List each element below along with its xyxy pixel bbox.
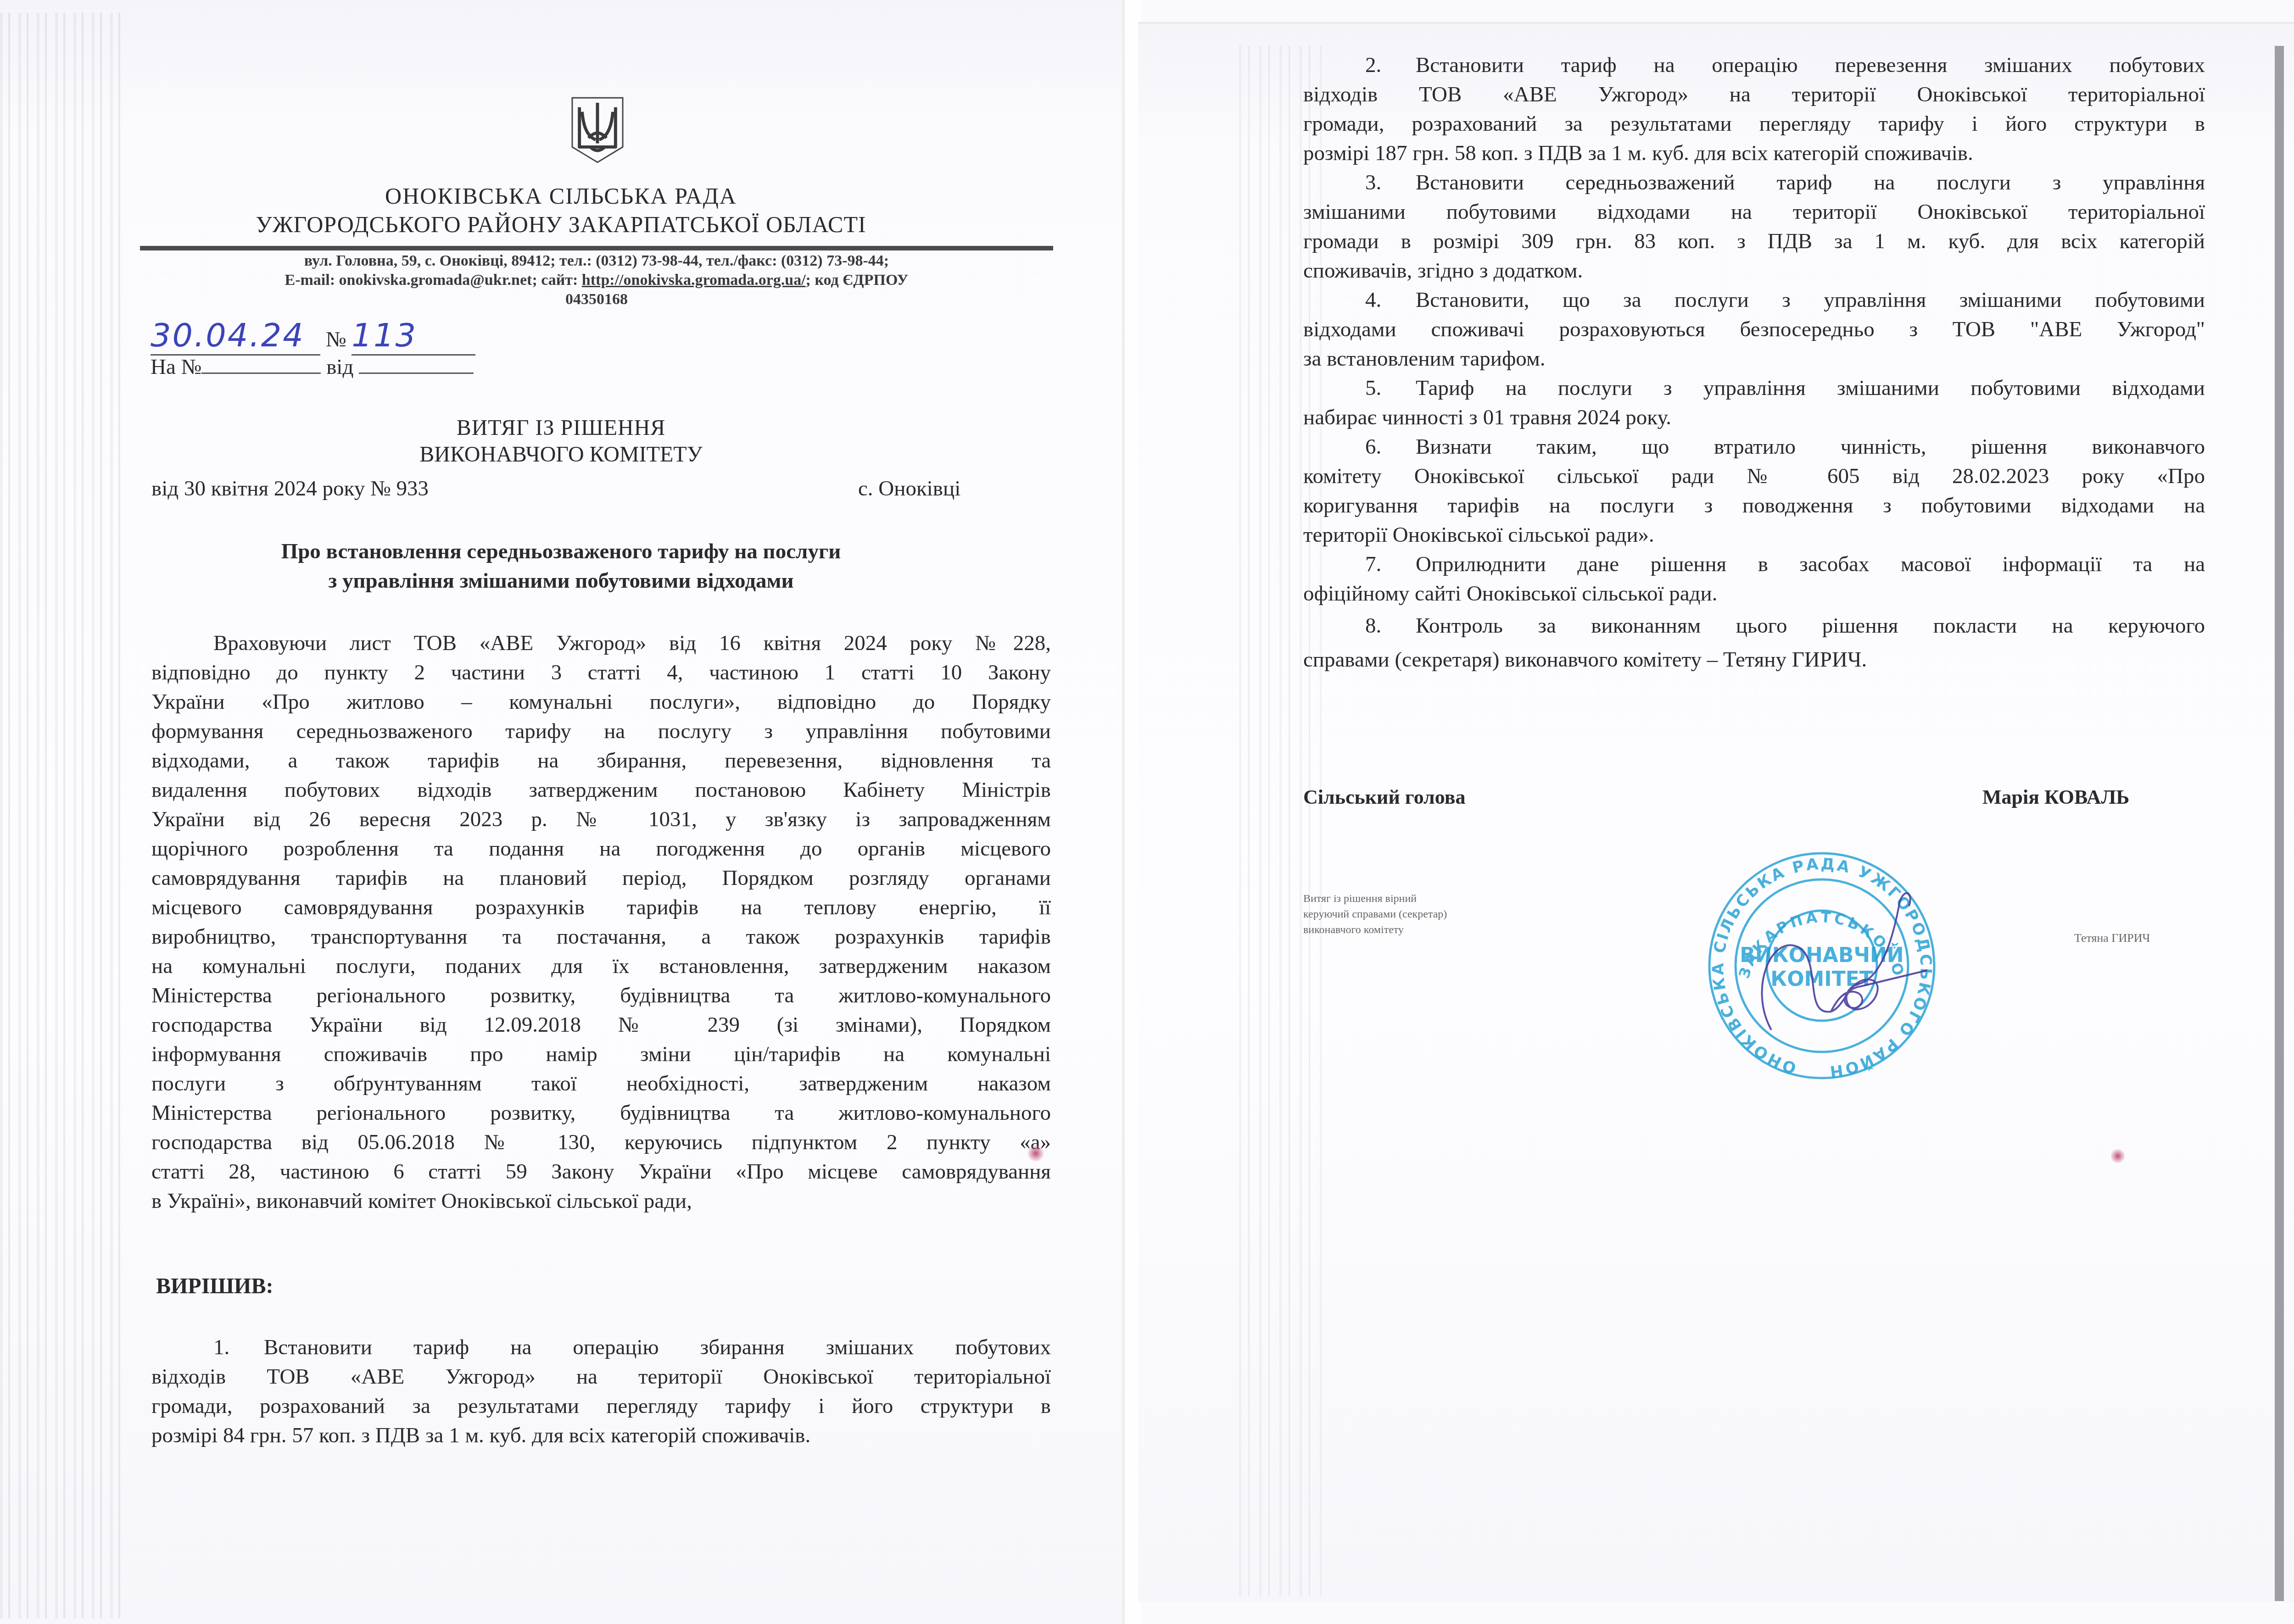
- item-line: розмірі 187 грн. 58 коп. з ПДВ за 1 м. к…: [1303, 139, 2205, 168]
- contact-code: 04350168: [138, 290, 1055, 309]
- preamble-line: місцевого самоврядування розрахунків тар…: [151, 893, 1051, 922]
- item-line: за встановленим тарифом.: [1303, 344, 2205, 373]
- decision-date: від 30 квітня 2024 року № 933: [151, 476, 429, 501]
- item-number: 1.: [213, 1333, 264, 1362]
- preamble-line: виробництво, транспортування та постачан…: [151, 922, 1051, 951]
- decision-item-2: 2.Встановити тариф на операцію перевезен…: [1303, 50, 2205, 168]
- preamble-line: інформування споживачів про намір зміни …: [151, 1040, 1051, 1069]
- item-line: відходів ТОВ «АВЕ Ужгород» на території …: [151, 1362, 1051, 1391]
- decision-items: 2.Встановити тариф на операцію перевезен…: [1303, 50, 2205, 674]
- signatory-name: Марія КОВАЛЬ: [1982, 785, 2129, 809]
- preamble-line: Міністерства регіонального розвитку, буд…: [151, 981, 1051, 1010]
- preamble-line: відповідно до пункту 2 частини 3 статті …: [151, 658, 1051, 687]
- preamble-line: господарства України від 12.09.2018 № 23…: [151, 1010, 1051, 1040]
- item-number: 3.: [1365, 168, 1416, 197]
- ink-stain: [1028, 1146, 1044, 1161]
- contact-address: вул. Головна, 59, с. Онокiвцi, 89412; те…: [138, 251, 1055, 271]
- preamble-line: Міністерства регіонального розвитку, буд…: [151, 1098, 1051, 1128]
- svg-text:ВИКОНАВЧИЙ: ВИКОНАВЧИЙ: [1740, 943, 1903, 967]
- item-line: громади в розмірі 309 грн. 83 коп. з ПДВ…: [1303, 227, 2205, 256]
- handwritten-number: 113: [352, 317, 475, 356]
- item-number: 7.: [1365, 550, 1416, 579]
- item-number: 2.: [1365, 50, 1416, 80]
- number-label: №: [326, 328, 346, 351]
- item-number: 4.: [1365, 285, 1416, 315]
- ref-number-blank: [201, 354, 321, 374]
- item-line: відходами споживачі розраховуються безпо…: [1303, 315, 2205, 344]
- preamble: Враховуючи лист ТОВ «АВЕ Ужгород» від 16…: [151, 628, 1051, 1216]
- certifier-name: Тетяна ГИРИЧ: [2074, 931, 2150, 945]
- item-line: громади, розрахований за результатами пе…: [151, 1391, 1051, 1421]
- item-line: розмірі 84 грн. 57 коп. з ПДВ за 1 м. ку…: [151, 1421, 1051, 1450]
- item-line: офіційному сайті Онокiвської сільської р…: [1303, 579, 2205, 608]
- preamble-line: на комунальні послуги, поданих для їх вс…: [151, 951, 1051, 981]
- left-page: ОНОКІВСЬКА СІЛЬСЬКА РАДА УЖГОРОДСЬКОГО Р…: [0, 0, 1122, 1624]
- scan-shadow: [0, 13, 124, 1618]
- decision-place: с. Онокiвцi: [858, 476, 960, 501]
- decision-item-8: 8.Контроль за виконанням цього рішення п…: [1303, 611, 2205, 674]
- item-line: відходів ТОВ «АВЕ Ужгород» на території …: [1303, 80, 2205, 109]
- org-region: УЖГОРОДСЬКОГО РАЙОНУ ЗАКАРПАТСЬКОЇ ОБЛАС…: [0, 211, 1122, 238]
- decision-item-4: 4.Встановити, що за послуги з управління…: [1303, 285, 2205, 373]
- item-line: змішаними побутовими відходами на терито…: [1303, 197, 2205, 227]
- preamble-line: формування середньозваженого тарифу на п…: [151, 717, 1051, 746]
- website-link[interactable]: http://onokivska.gromada.org.ua/: [582, 272, 806, 289]
- item-line: громади, розрахований за результатами пе…: [1303, 109, 2205, 139]
- ukraine-trident-icon: [570, 96, 625, 164]
- preamble-line: відходами, а також тарифів на збирання, …: [151, 746, 1051, 775]
- ref-number-label: На №: [151, 355, 201, 379]
- preamble-line: України «Про житлово – комунальні послуг…: [151, 687, 1051, 717]
- item-line: набирає чинності з 01 травня 2024 року.: [1303, 403, 2205, 432]
- document-title: ВИТЯГ ІЗ РІШЕННЯ: [0, 415, 1122, 440]
- contact-email: E-mail: onokivska.gromada@ukr.net; сайт:: [285, 272, 582, 289]
- item-line: справами (секретаря) виконавчого комітет…: [1303, 645, 2205, 674]
- reference-line: На № від: [151, 354, 474, 379]
- decision-item-6: 6.Визнати таким, що втратило чинність, р…: [1303, 432, 2205, 550]
- subject-line: з управління змішаними побутовими відход…: [0, 566, 1122, 595]
- item-line: коригування тарифів на послуги з поводже…: [1303, 491, 2205, 520]
- resolved-label: ВИРІШИВ:: [156, 1274, 273, 1299]
- preamble-line: в Україні», виконавчий комітет Онокiвськ…: [151, 1186, 1051, 1216]
- ink-stain: [2111, 1149, 2125, 1163]
- contact-block: вул. Головна, 59, с. Онокiвцi, 89412; те…: [138, 251, 1055, 309]
- item-line: 1.Встановити тариф на операцію збирання …: [151, 1333, 1051, 1362]
- decision-item-7: 7.Оприлюднити дане рішення в засобах мас…: [1303, 550, 2205, 608]
- handwritten-date: 30.04.24: [151, 317, 320, 356]
- preamble-line: щорічного розроблення та подання на пого…: [151, 834, 1051, 863]
- certification-note: Витяг із рішення вірний керуючий справам…: [1303, 891, 1447, 938]
- decision-item-1: 1.Встановити тариф на операцію збирання …: [151, 1333, 1051, 1450]
- item-number: 5.: [1365, 373, 1416, 403]
- preamble-line: Враховуючи лист ТОВ «АВЕ Ужгород» від 16…: [151, 628, 1051, 658]
- decision-item-5: 5.Тариф на послуги з управління змішаним…: [1303, 373, 2205, 432]
- contact-email-line: E-mail: onokivska.gromada@ukr.net; сайт:…: [138, 271, 1055, 290]
- ref-from-label: від: [326, 355, 353, 379]
- item-line: комітету Онокiвської сільської ради № 60…: [1303, 462, 2205, 491]
- preamble-line: видалення побутових відходів затверджени…: [151, 775, 1051, 805]
- preamble-line: господарства від 05.06.2018 № 130, керую…: [151, 1128, 1051, 1157]
- preamble-line: статті 28, частиною 6 статті 59 Закону У…: [151, 1157, 1051, 1186]
- registration-line: 30.04.24 № 113: [151, 317, 475, 356]
- item-line: території Онокiвської сільської ради».: [1303, 520, 2205, 550]
- document-subtitle: ВИКОНАВЧОГО КОМІТЕТУ: [0, 442, 1122, 467]
- preamble-line: самоврядування тарифів на плановий періо…: [151, 863, 1051, 893]
- signatory-title: Сільський голова: [1303, 785, 1465, 809]
- decision-item-3: 3.Встановити середньозважений тариф на п…: [1303, 168, 2205, 285]
- preamble-line: України від 26 вересня 2023 р. № 1031, у…: [151, 805, 1051, 834]
- contact-code-label: ; код ЄДРПОУ: [806, 272, 909, 289]
- subject-line: Про встановлення середньозваженого тариф…: [0, 537, 1122, 566]
- item-line: споживачів, згідно з додатком.: [1303, 256, 2205, 285]
- preamble-line: послуги з обґрунтуванням такої необхідно…: [151, 1069, 1051, 1098]
- page-edge: [2275, 46, 2284, 1601]
- org-name: ОНОКІВСЬКА СІЛЬСЬКА РАДА: [0, 183, 1122, 209]
- header-divider: [140, 246, 1053, 250]
- item-number: 6.: [1365, 432, 1416, 462]
- item-number: 8.: [1365, 611, 1416, 640]
- decision-subject: Про встановлення середньозваженого тариф…: [0, 537, 1122, 595]
- ref-date-blank: [359, 354, 474, 374]
- official-seal-icon: ОНОКІВСЬКА СІЛЬСЬКА РАДА УЖГОРОДСЬКОГО Р…: [1693, 842, 1950, 1090]
